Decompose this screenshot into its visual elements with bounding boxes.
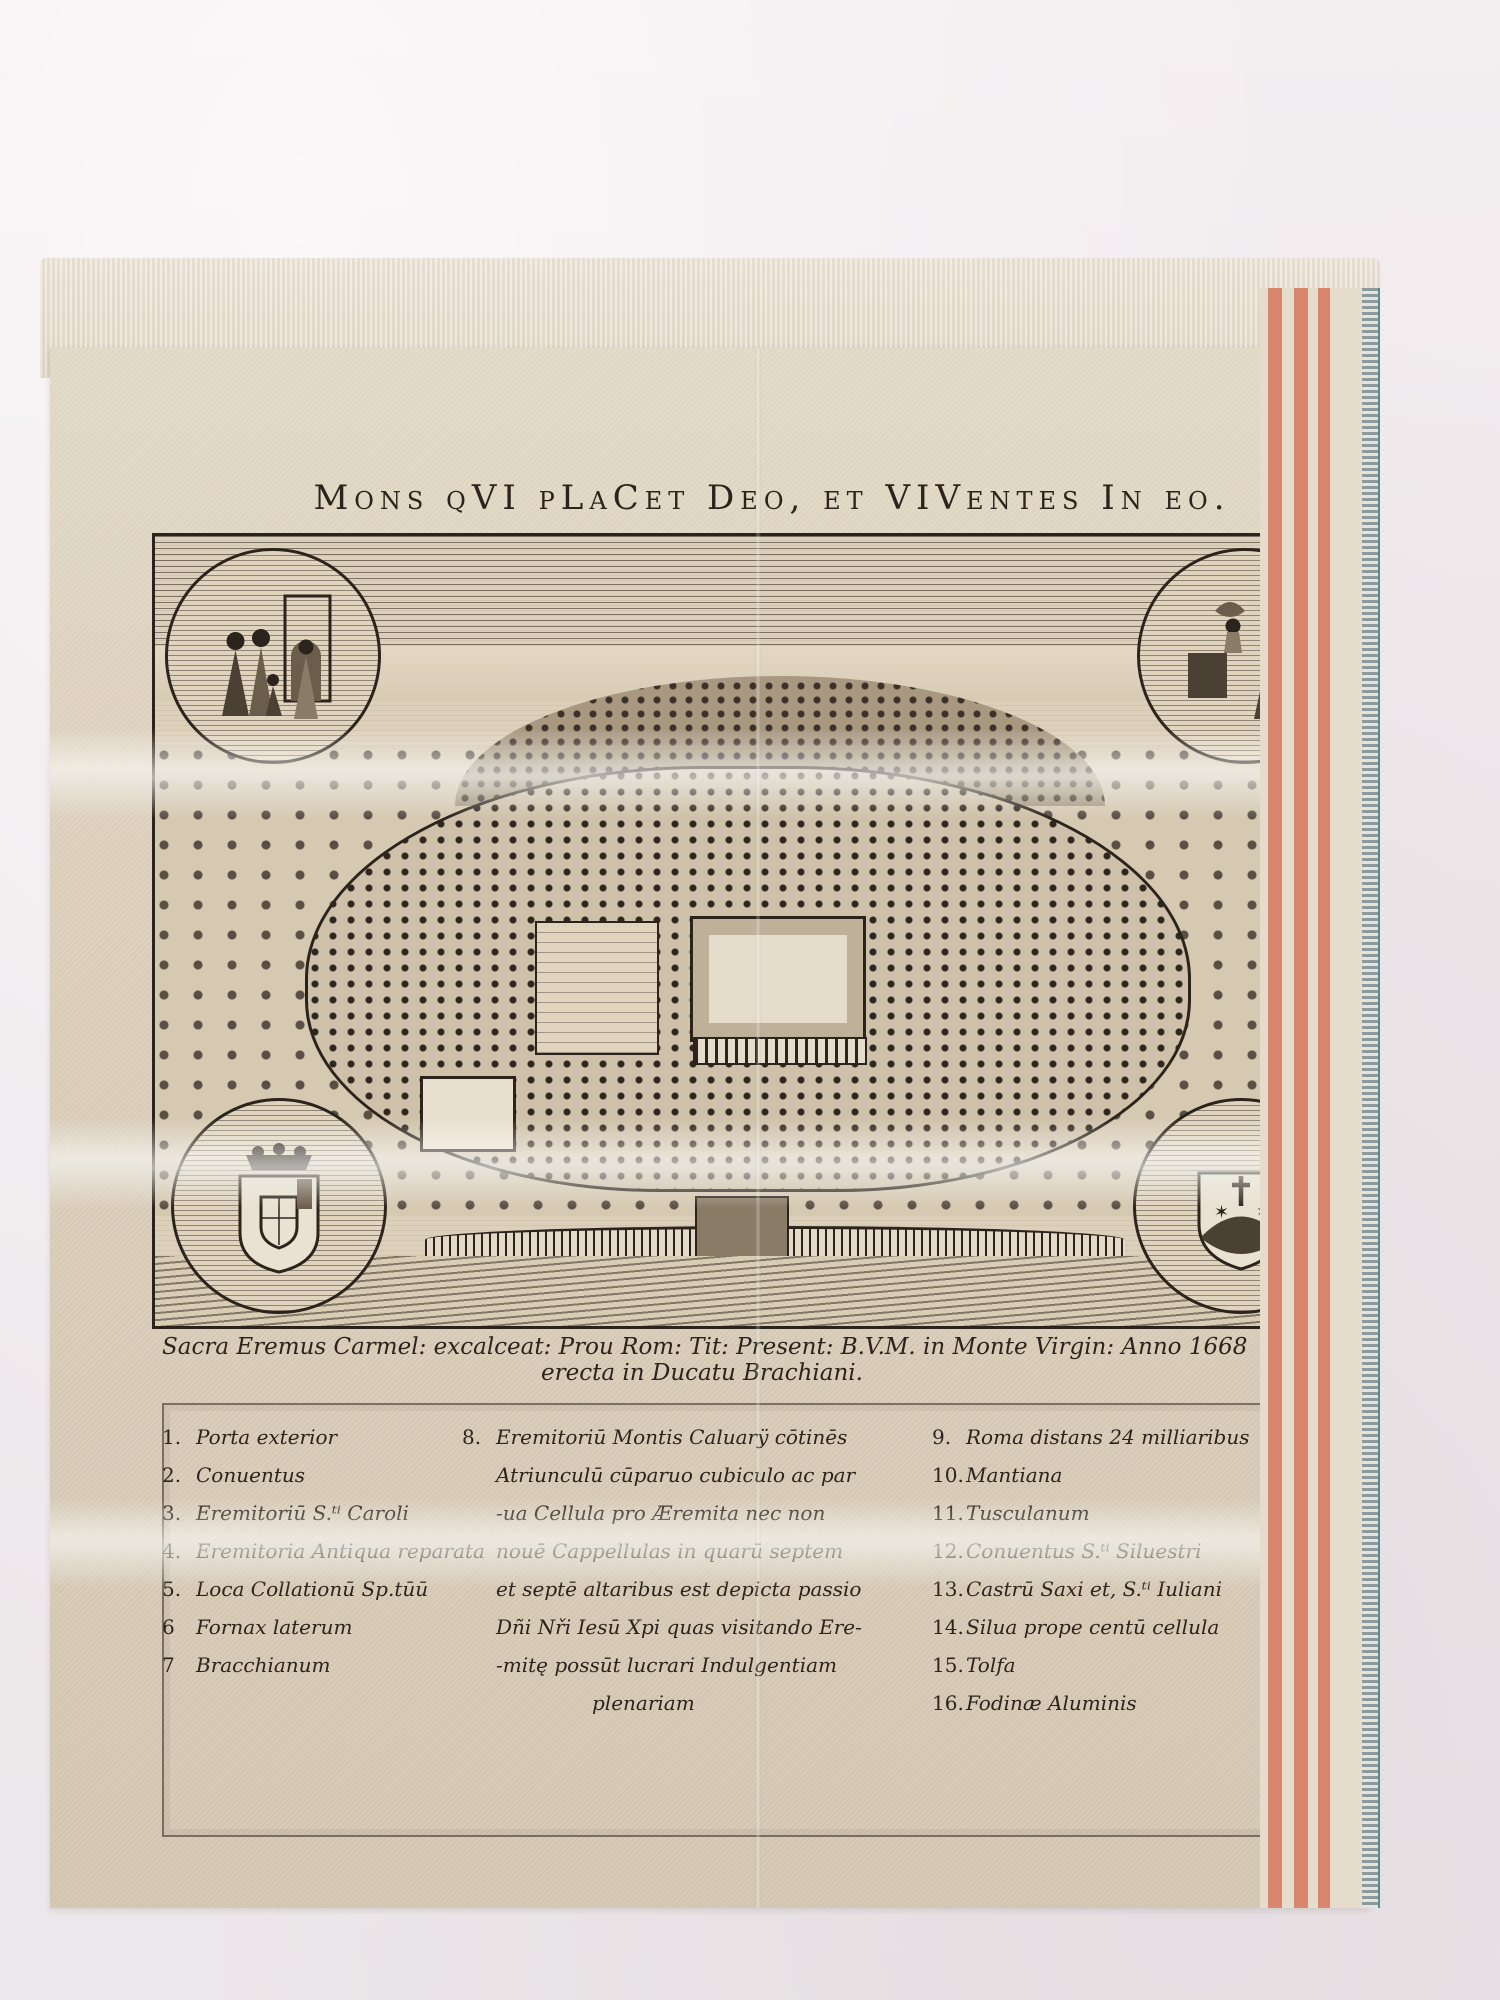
plate-caption: Sacra Eremus Carmel: excalceat: Prou Rom…: [162, 1334, 1362, 1386]
silk-print: Mons qVI pLaCet Deo, et VIVentes In eo.: [30, 258, 1470, 1998]
woven-edge-border: [1362, 288, 1380, 1908]
legend-item-8-cont: -mitę possūt lucrari Indulgentiam: [462, 1646, 912, 1684]
striped-selvedge: [1260, 288, 1370, 1908]
bird-eye-view-map: ✶ ✶: [152, 533, 1368, 1329]
legend-item: 3.Eremitoriū S.ᵗⁱ Caroli: [162, 1494, 442, 1532]
legend-column-2: 8.Eremitoriū Montis Caluarÿ cōtinēs Atri…: [462, 1418, 912, 1722]
legend-key: 1.Porta exterior 2.Conuentus 3.Eremitori…: [162, 1418, 1357, 1722]
saints-figures-icon: [198, 581, 348, 731]
convent-building: [690, 916, 866, 1042]
coat-of-arms-crown-icon: [204, 1131, 354, 1281]
legend-item-8-cont: -ua Cellula pro Æremita nec non: [462, 1494, 912, 1532]
legend-item: 6Fornax laterum: [162, 1608, 442, 1646]
legend-item-8-cont: plenariam: [462, 1684, 912, 1722]
legend-item-8: 8.Eremitoriū Montis Caluarÿ cōtinēs: [462, 1418, 912, 1456]
caption-line-2: erecta in Ducatu Brachiani.: [162, 1360, 1362, 1386]
legend-item: 2.Conuentus: [162, 1456, 442, 1494]
legend-item-8-cont: et septē altaribus est depicta passio: [462, 1570, 912, 1608]
legend-item-8-cont: Atriunculū cūparuo cubiculo ac par: [462, 1456, 912, 1494]
legend-item-8-cont: Dñi Nři Iesū Xpi quas visitando Ere-: [462, 1608, 912, 1646]
porta-exterior-gatehouse: [695, 1196, 789, 1260]
walled-garden: [535, 921, 659, 1055]
caption-line-1: Sacra Eremus Carmel: excalceat: Prou Rom…: [162, 1334, 1362, 1360]
legend-item: 5.Loca Collationū Sp.tūū: [162, 1570, 442, 1608]
svg-text:✶: ✶: [1214, 1202, 1229, 1223]
legend-item: 1.Porta exterior: [162, 1418, 442, 1456]
medallion-saints-scene: [165, 548, 381, 764]
legend-item-8-cont: nouē Cappellulas in quarū septem: [462, 1532, 912, 1570]
legend-item: 4.Eremitoria Antiqua reparata: [162, 1532, 442, 1570]
legend-column-1: 1.Porta exterior 2.Conuentus 3.Eremitori…: [162, 1418, 442, 1722]
silk-cloth: Mons qVI pLaCet Deo, et VIVentes In eo.: [50, 348, 1370, 1908]
motto-title: Mons qVI pLaCet Deo, et VIVentes In eo.: [272, 478, 1272, 518]
legend-item: 7Bracchianum: [162, 1646, 442, 1684]
rectangular-pool: [420, 1076, 516, 1152]
medallion-crowned-arms: [171, 1098, 387, 1314]
engraving-plate: Mons qVI pLaCet Deo, et VIVentes In eo.: [142, 458, 1392, 1968]
